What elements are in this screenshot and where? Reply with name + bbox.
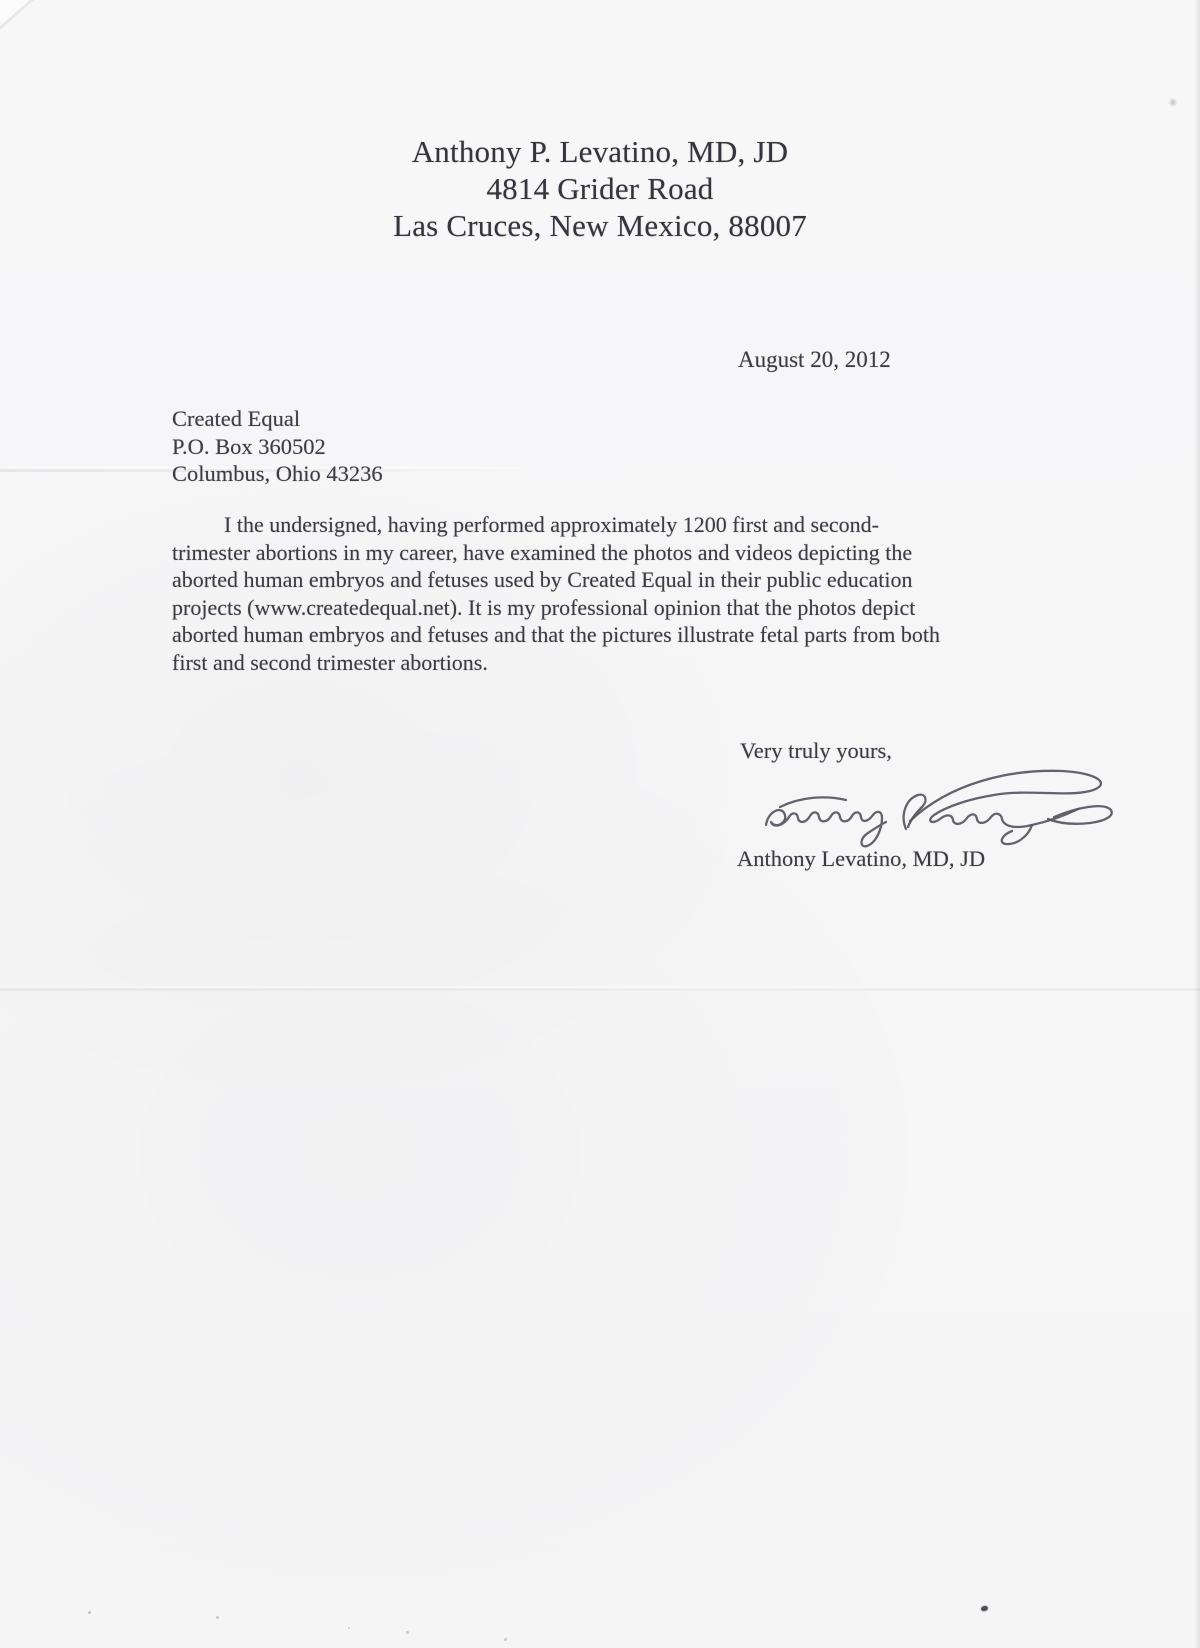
typed-signature-name: Anthony Levatino, MD, JD	[737, 846, 985, 872]
dust-speck	[504, 1638, 507, 1641]
letterhead: Anthony P. Levatino, MD, JD 4814 Grider …	[0, 133, 1200, 244]
body-line: I the undersigned, having performed appr…	[172, 511, 1002, 539]
recipient-name: Created Equal	[172, 405, 383, 433]
letter-body: I the undersigned, having performed appr…	[172, 511, 1002, 677]
handwritten-signature	[710, 745, 1130, 860]
scan-edge-shadow	[1194, 0, 1200, 1648]
dust-speck	[406, 1631, 409, 1634]
scan-corner-paper	[0, 0, 30, 26]
recipient-address: Created Equal P.O. Box 360502 Columbus, …	[172, 405, 383, 488]
ink-speck	[980, 1605, 988, 1612]
scanned-letter-page: Anthony P. Levatino, MD, JD 4814 Grider …	[0, 0, 1200, 1648]
body-line: first and second trimester abortions.	[172, 649, 1002, 677]
letterhead-street: 4814 Grider Road	[0, 170, 1200, 207]
body-line: aborted human embryos and fetuses used b…	[172, 566, 1002, 594]
body-line: projects (www.createdequal.net). It is m…	[172, 594, 1002, 622]
recipient-po-box: P.O. Box 360502	[172, 433, 383, 461]
dust-speck	[88, 1611, 91, 1614]
dust-speck	[216, 1616, 219, 1619]
paper-fold-crease-middle	[0, 988, 1200, 991]
letterhead-city: Las Cruces, New Mexico, 88007	[0, 207, 1200, 244]
body-line: aborted human embryos and fetuses and th…	[172, 621, 1002, 649]
letterhead-name: Anthony P. Levatino, MD, JD	[0, 133, 1200, 170]
dust-speck	[348, 1627, 350, 1629]
recipient-city: Columbus, Ohio 43236	[172, 460, 383, 488]
scan-smudge	[1168, 98, 1178, 107]
body-line: trimester abortions in my career, have e…	[172, 539, 1002, 567]
letter-date: August 20, 2012	[738, 347, 891, 373]
